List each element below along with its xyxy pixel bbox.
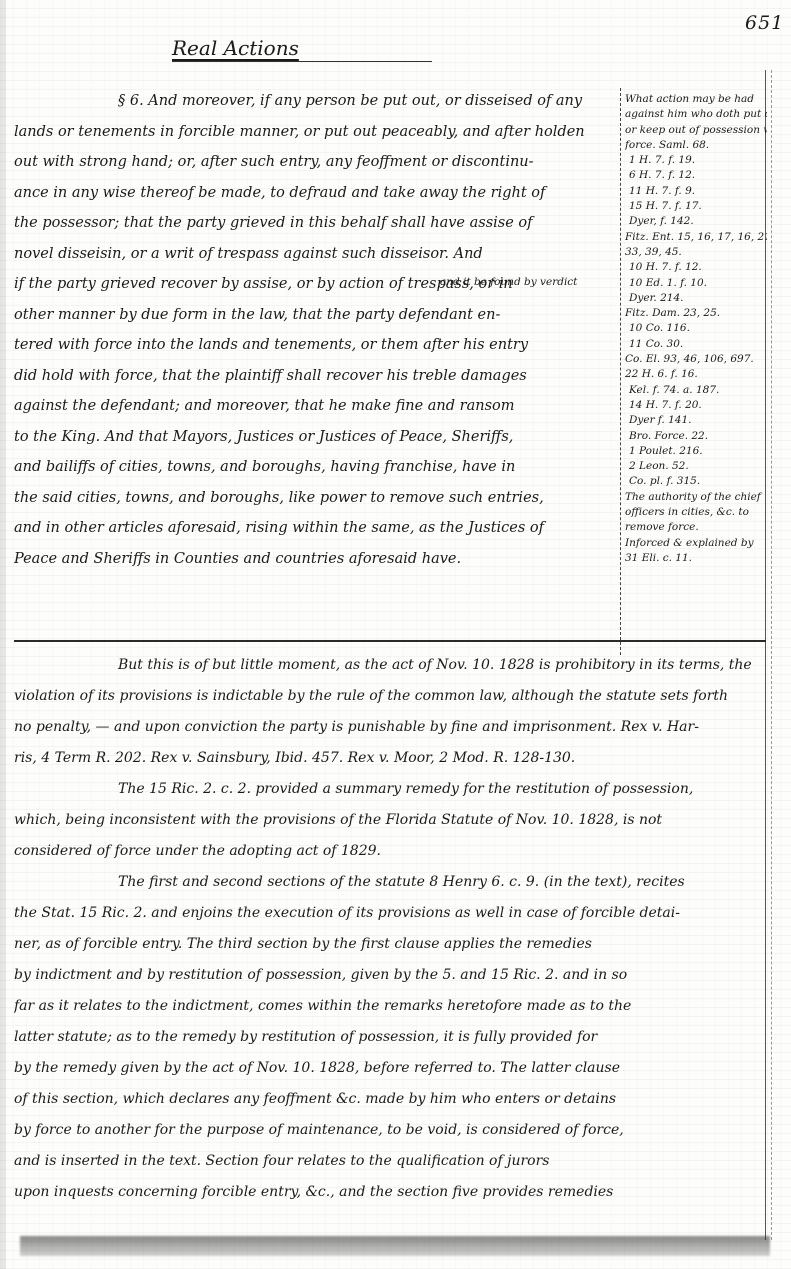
statute-line: § 6. And moreover, if any person be put …	[14, 86, 614, 117]
margin-citation: 2 Leon. 52.	[625, 459, 767, 474]
margin-citation: 10 Co. 116.	[625, 321, 767, 336]
margin-note: or keep out of possession with	[625, 123, 767, 138]
page-number: 651	[745, 12, 784, 34]
commentary-line: considered of force under the adopting a…	[14, 836, 762, 867]
commentary-line: far as it relates to the indictment, com…	[14, 991, 762, 1022]
statute-line: other manner by due form in the law, tha…	[14, 300, 614, 331]
commentary-line: ner, as of forcible entry. The third sec…	[14, 929, 762, 960]
statute-line: novel disseisin, or a writ of trespass a…	[14, 239, 614, 270]
commentary-line: and is inserted in the text. Section fou…	[14, 1146, 762, 1177]
margin-citation: Dyer. 214.	[625, 291, 767, 306]
commentary-line: no penalty, — and upon conviction the pa…	[14, 712, 762, 743]
margin-note: force. Saml. 68.	[625, 138, 767, 153]
margin-rule	[620, 88, 622, 655]
margin-citation: Fitz. Ent. 15, 16, 17, 16, 21, 27,	[625, 230, 767, 245]
commentary-line: latter statute; as to the remedy by rest…	[14, 1022, 762, 1053]
margin-note: against him who doth put out,	[625, 107, 767, 122]
commentary-line: which, being inconsistent with the provi…	[14, 805, 762, 836]
commentary-line: by force to another for the purpose of m…	[14, 1115, 762, 1146]
commentary-line: The first and second sections of the sta…	[14, 867, 762, 898]
statute-line: ance in any wise thereof be made, to def…	[14, 178, 614, 209]
commentary-line: The 15 Ric. 2. c. 2. provided a summary …	[14, 774, 762, 805]
statute-line: out with strong hand; or, after such ent…	[14, 147, 614, 178]
margin-citation: 10 H. 7. f. 12.	[625, 260, 767, 275]
statute-line: the said cities, towns, and boroughs, li…	[14, 483, 614, 514]
scan-edge	[0, 0, 6, 1269]
margin-citation: Bro. Force. 22.	[625, 429, 767, 444]
statute-line: and in other articles aforesaid, rising …	[14, 513, 614, 544]
margin-citation: 15 H. 7. f. 17.	[625, 199, 767, 214]
margin-citation: Co. El. 93, 46, 106, 697.	[625, 352, 767, 367]
page-heading: Real Actions	[172, 36, 299, 60]
statute-line: against the defendant; and moreover, tha…	[14, 391, 614, 422]
statute-line: to the King. And that Mayors, Justices o…	[14, 422, 614, 453]
margin-citation: 11 Co. 30.	[625, 337, 767, 352]
statute-line: and bailiffs of cities, towns, and borou…	[14, 452, 614, 483]
commentary-line: ris, 4 Term R. 202. Rex v. Sainsbury, Ib…	[14, 743, 762, 774]
statute-line: the possessor; that the party grieved in…	[14, 208, 614, 239]
margin-citation: 14 H. 7. f. 20.	[625, 398, 767, 413]
statute-line: tered with force into the lands and tene…	[14, 330, 614, 361]
margin-citation: 6 H. 7. f. 12.	[625, 168, 767, 183]
margin-citation: Kel. f. 74. a. 187.	[625, 383, 767, 398]
commentary-line: But this is of but little moment, as the…	[14, 650, 762, 681]
margin-citation: Dyer, f. 142.	[625, 214, 767, 229]
margin-citation: 10 Ed. 1. f. 10.	[625, 276, 767, 291]
margin-citation: 33, 39, 45.	[625, 245, 767, 260]
scan-shadow	[20, 1236, 770, 1256]
interlinear-insertion: and it be found by verdict	[440, 276, 577, 288]
margin-note: 31 Eli. c. 11.	[625, 551, 767, 566]
commentary-line: violation of its provisions is indictabl…	[14, 681, 762, 712]
margin-citation: 22 H. 6. f. 16.	[625, 367, 767, 382]
margin-note: The authority of the chief	[625, 490, 767, 505]
margin-citation: 1 Poulet. 216.	[625, 444, 767, 459]
statute-line: Peace and Sheriffs in Counties and count…	[14, 544, 614, 575]
commentary-text: But this is of but little moment, as the…	[14, 650, 762, 1208]
commentary-line: by the remedy given by the act of Nov. 1…	[14, 1053, 762, 1084]
margin-citation: Fitz. Dam. 23, 25.	[625, 306, 767, 321]
margin-note: remove force.	[625, 520, 767, 535]
statute-line: lands or tenements in forcible manner, o…	[14, 117, 614, 148]
margin-note: officers in cities, &c. to	[625, 505, 767, 520]
right-margin-rule-outer	[771, 70, 773, 1240]
margin-note: What action may be had	[625, 92, 767, 107]
margin-citation: 1 H. 7. f. 19.	[625, 153, 767, 168]
commentary-line: of this section, which declares any feof…	[14, 1084, 762, 1115]
heading-underline	[172, 61, 432, 62]
commentary-line: the Stat. 15 Ric. 2. and enjoins the exe…	[14, 898, 762, 929]
statute-text: § 6. And moreover, if any person be put …	[14, 86, 614, 574]
margin-note: Inforced & explained by	[625, 536, 767, 551]
statute-line: did hold with force, that the plaintiff …	[14, 361, 614, 392]
commentary-line: upon inquests concerning forcible entry,…	[14, 1177, 762, 1208]
commentary-line: by indictment and by restitution of poss…	[14, 960, 762, 991]
margin-notes: What action may be had against him who d…	[625, 92, 767, 566]
section-divider	[14, 640, 766, 642]
margin-citation: Co. pl. f. 315.	[625, 474, 767, 489]
margin-citation: Dyer f. 141.	[625, 413, 767, 428]
margin-citation: 11 H. 7. f. 9.	[625, 184, 767, 199]
